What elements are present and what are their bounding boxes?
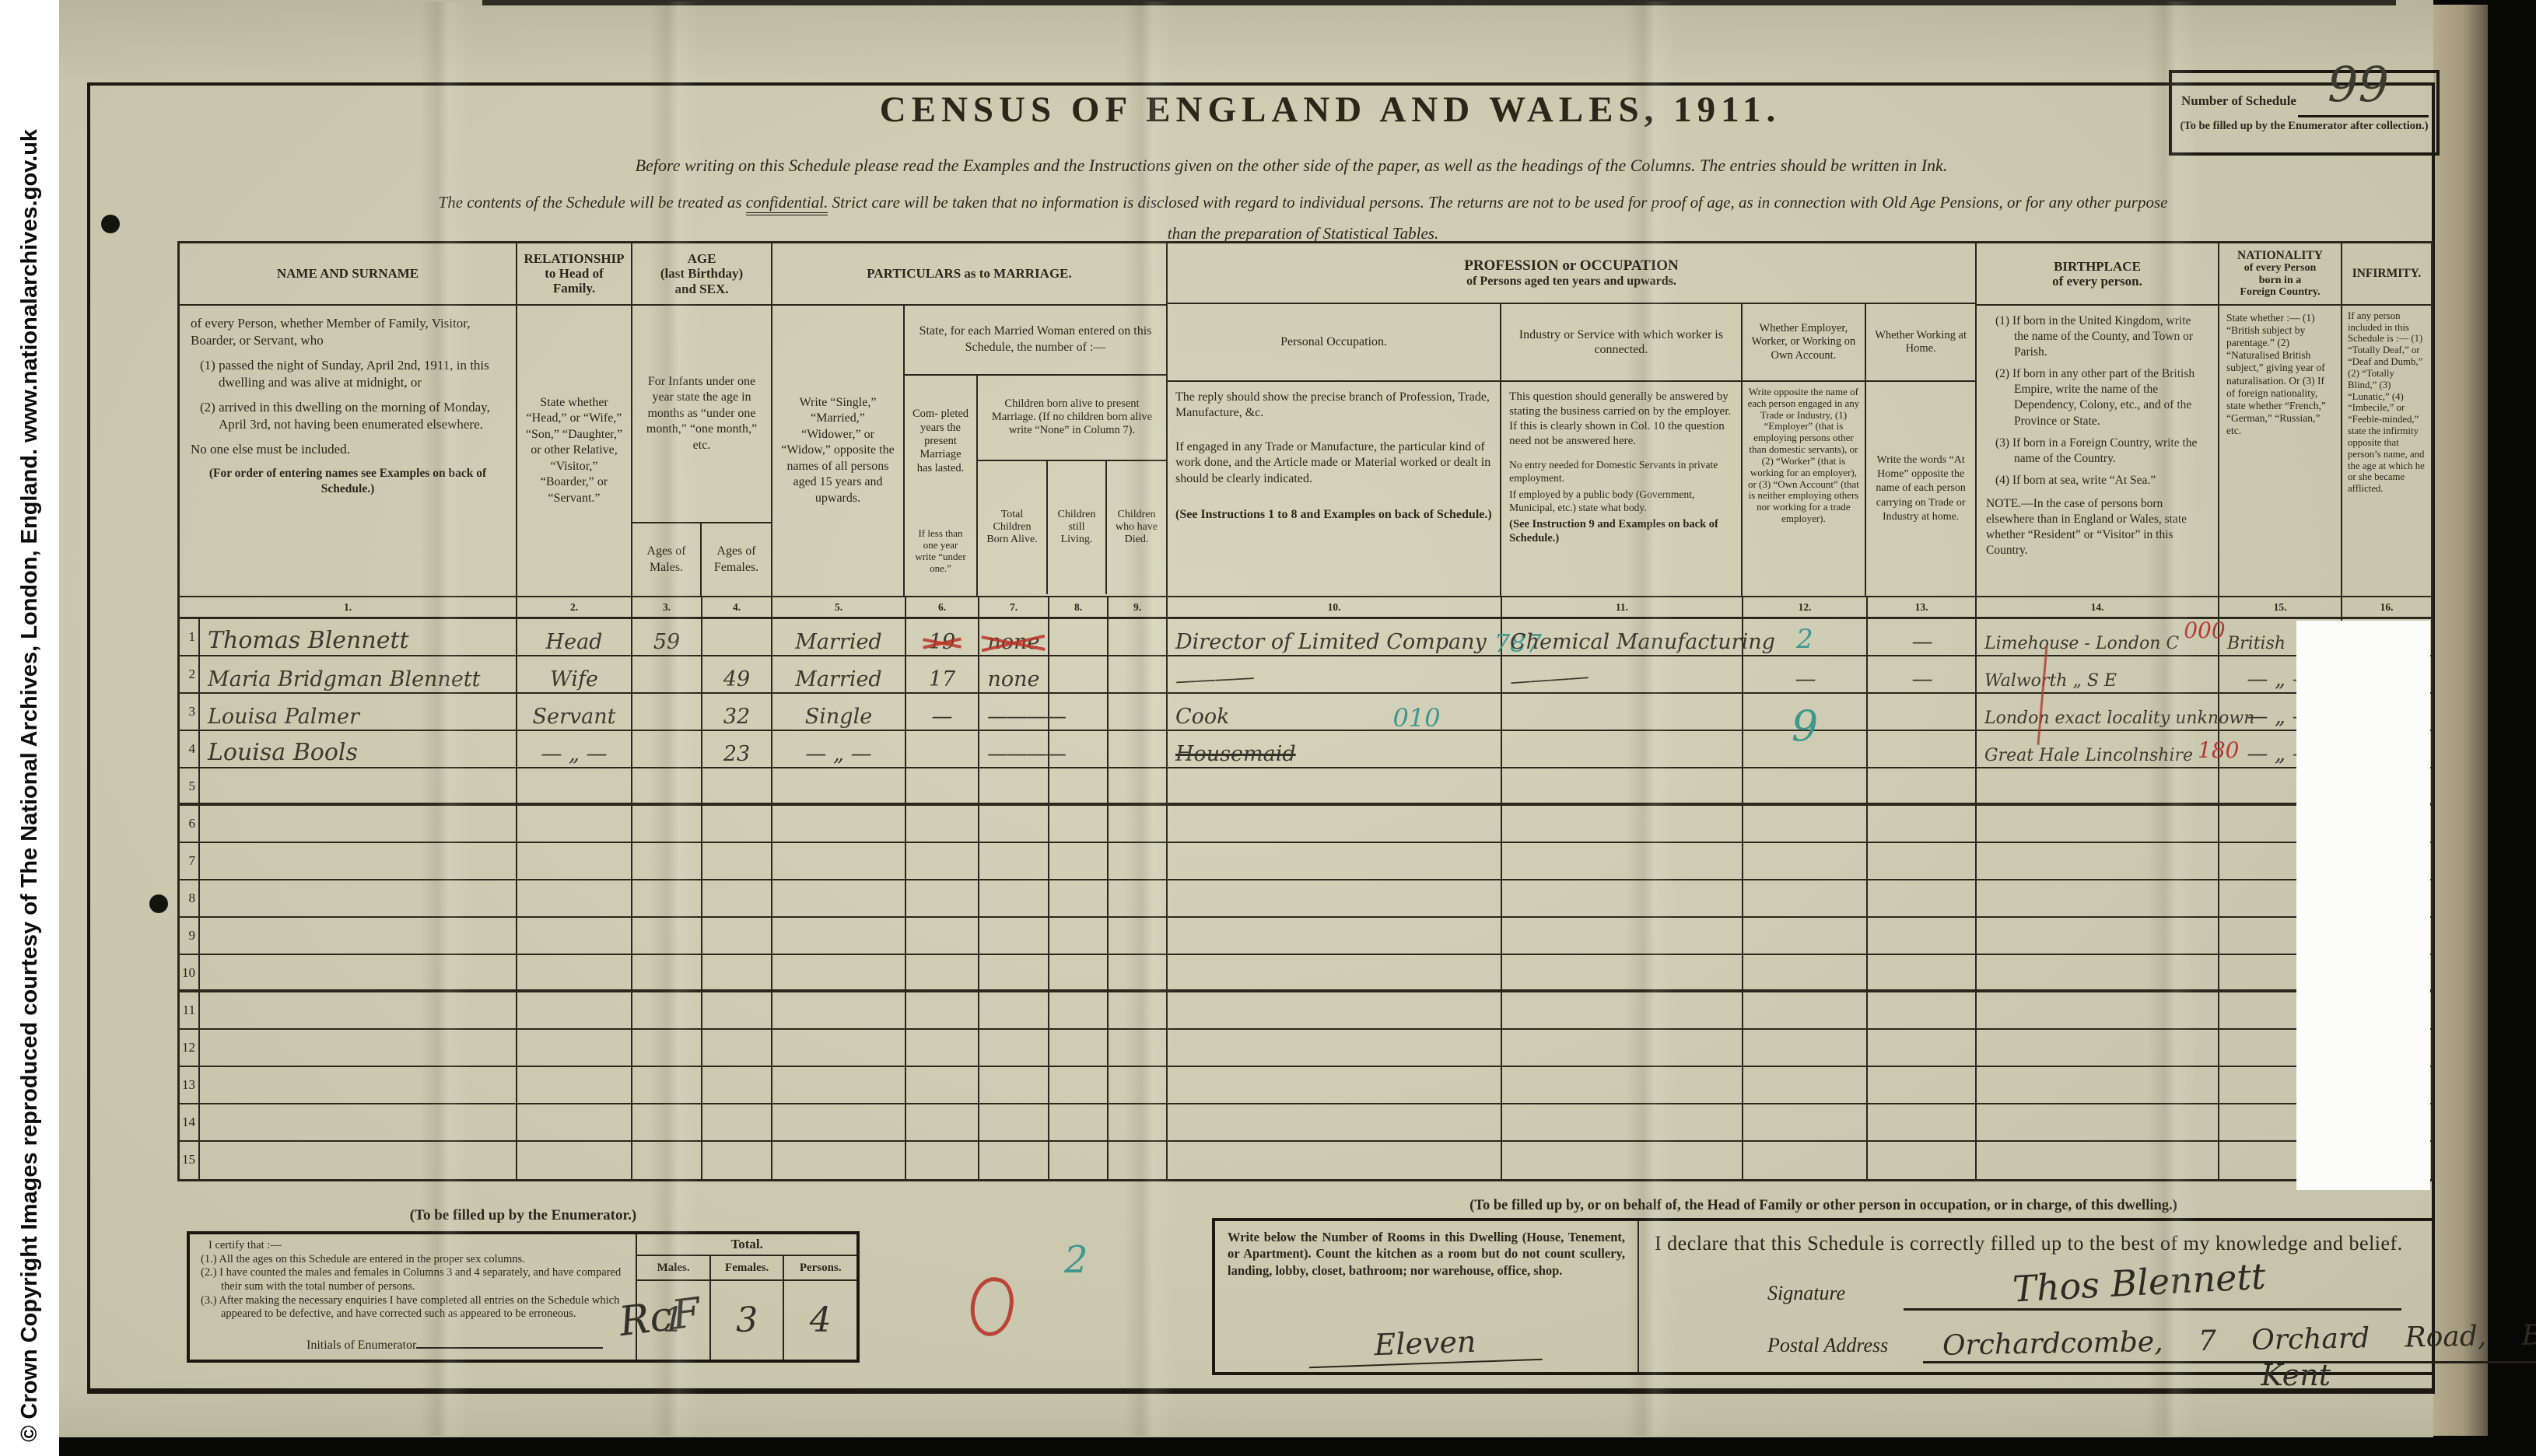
cell-employer: 2 <box>1743 619 1868 655</box>
rooms-count-handwriting: Eleven <box>1308 1320 1543 1368</box>
cell-birthplace: Walworth „ S E <box>1977 656 2219 692</box>
cell-age-female: 23 <box>702 731 772 767</box>
cell-employer: 9 <box>1743 694 1868 730</box>
signature-label: Signature <box>1767 1282 1845 1305</box>
cell-occupation: ———— <box>1168 656 1502 692</box>
industry-heading: Industry or Service with which worker is… <box>1501 304 1740 382</box>
table-row: 8 <box>180 880 2431 918</box>
col-relationship-header: RELATIONSHIPto Head ofFamily. State whet… <box>517 243 632 596</box>
married-woman-note: State, for each Married Woman entered on… <box>905 306 1166 376</box>
table-row: 1 Thomas Blennett Head 59 Married 19 non… <box>180 619 2431 656</box>
persons-total: 4 <box>784 1281 856 1360</box>
table-row: 13 <box>180 1067 2431 1104</box>
at-home-description: Write the words “At Home” opposite the n… <box>1866 382 1975 596</box>
postal-address-label: Postal Address <box>1767 1334 1888 1357</box>
age-description: For Infants under one year state the age… <box>632 306 771 523</box>
name-heading: NAME AND SURNAME <box>180 243 516 306</box>
cell-age-male <box>632 656 702 692</box>
cell-at-home <box>1868 694 1977 730</box>
column-numbers-row: 1. 2. 3. 4. 5. 6. 7. 8. 9. 10. 11. 12. 1… <box>180 597 2431 619</box>
census-scan-page: { "copyright": "© Crown Copyright Images… <box>0 0 2536 1456</box>
confidential-underlined: confidential. <box>746 193 828 215</box>
infirmity-heading: INFIRMITY. <box>2342 243 2431 306</box>
cell-employer: — <box>1743 656 1868 692</box>
cell-children-born: ———— <box>979 694 1049 730</box>
col-age-header: AGE(last Birthday)and SEX. For Infants u… <box>632 243 772 596</box>
confidentiality-notice: The contents of the Schedule will be tre… <box>156 193 2450 212</box>
cell-relationship: Wife <box>517 656 632 692</box>
table-body: 1 Thomas Blennett Head 59 Married 19 non… <box>180 619 2431 1179</box>
col-nationality-header: NATIONALITYof every Personborn in aForei… <box>2219 243 2342 596</box>
enumerator-certification: I certify that :— (1.) All the ages on t… <box>190 1234 637 1360</box>
table-row: 6 <box>180 806 2431 843</box>
cell-children-living <box>1049 656 1109 692</box>
cell-children-living <box>1049 731 1109 767</box>
cell-name: Louisa Palmer <box>200 694 517 730</box>
cell-birthplace: London exact locality unknown <box>1977 694 2219 730</box>
cell-industry <box>1502 731 1743 767</box>
table-row: 15 <box>180 1142 2431 1179</box>
col-marriage-header: PARTICULARS as to MARRIAGE. Write “Singl… <box>772 243 1168 596</box>
children-born-note: Children born alive to present Marriage.… <box>978 376 1166 461</box>
cell-children-born: none <box>979 619 1049 655</box>
cell-children-living <box>1049 694 1109 730</box>
signature-line <box>1904 1308 2401 1311</box>
marriage-heading: PARTICULARS as to MARRIAGE. <box>772 243 1166 306</box>
employer-heading: Whether Employer, Worker, or Working on … <box>1743 304 1865 382</box>
blue-check-mark: 2 <box>1064 1238 1088 1282</box>
signature-handwriting: Thos Blennett <box>2012 1255 2267 1311</box>
confidentiality-pre: The contents of the Schedule will be tre… <box>439 193 746 212</box>
cell-age-female: 49 <box>702 656 772 692</box>
page-title: CENSUS OF ENGLAND AND WALES, 1911. <box>739 89 1921 131</box>
cell-age-male: 59 <box>632 619 702 655</box>
cell-occupation: Director of Limited Company787 <box>1168 619 1502 655</box>
enumerator-box: I certify that :— (1.) All the ages on t… <box>187 1231 860 1363</box>
persons-header: Persons. <box>784 1256 856 1279</box>
cell-years-married: 17 <box>906 656 979 692</box>
under-one-note: If less than one year write “under one.” <box>905 508 976 596</box>
schedule-number-label: Number of Schedule <box>2181 93 2296 109</box>
cell-children-died <box>1109 731 1168 767</box>
cell-industry <box>1502 694 1743 730</box>
enumerator-initials-handwriting: RcF <box>617 1288 703 1347</box>
table-row: 9 <box>180 918 2431 955</box>
table-row: 5 <box>180 768 2431 806</box>
cell-children-living <box>1049 619 1109 655</box>
total-label: Total. <box>637 1234 856 1256</box>
cell-name: Thomas Blennett <box>200 619 517 655</box>
children-died-label: Children who have Died. <box>1107 461 1166 594</box>
table-row: 10 <box>180 955 2431 992</box>
cell-years-married <box>906 731 979 767</box>
marriage-write-description: Write “Single,” “Married,” “Widower,” or… <box>772 306 905 596</box>
declaration-statement: I declare that this Schedule is correctl… <box>1639 1221 2432 1372</box>
cell-at-home <box>1868 731 1977 767</box>
declaration-text: I declare that this Schedule is correctl… <box>1655 1232 2416 1255</box>
table-header: NAME AND SURNAME of every Person, whethe… <box>180 243 2431 597</box>
infirmity-description: If any person included in this Schedule … <box>2342 306 2431 596</box>
initials-label: Initials of Enumerator <box>306 1339 416 1352</box>
personal-occupation-description: The reply should show the precise branch… <box>1168 382 1500 596</box>
punch-hole <box>149 894 168 913</box>
confidentiality-post: Strict care will be taken that no inform… <box>828 193 2167 212</box>
enumerator-section-title: (To be filled up by the Enumerator.) <box>187 1207 860 1224</box>
table-row: 12 <box>180 1030 2431 1067</box>
postal-county-handwriting: Kent <box>2261 1358 2331 1392</box>
paper-edge <box>2433 5 2488 1436</box>
col-name-header: NAME AND SURNAME of every Person, whethe… <box>180 243 517 596</box>
cell-age-male <box>632 731 702 767</box>
table-row: 11 <box>180 992 2431 1030</box>
at-home-heading: Whether Working at Home. <box>1866 304 1975 382</box>
name-description: of every Person, whether Member of Famil… <box>180 306 516 596</box>
table-row: 4 Louisa Bools — „ — 23 — „ — ———— House… <box>180 731 2431 768</box>
completed-years-label: Com- pleted years the present Marriage h… <box>905 376 976 508</box>
cell-children-died <box>1109 694 1168 730</box>
children-born-label: Total Children Born Alive. <box>978 461 1048 594</box>
declaration-box: Write below the Number of Rooms in this … <box>1212 1218 2435 1375</box>
table-row: 3 Louisa Palmer Servant 32 Single — ————… <box>180 694 2431 731</box>
schedule-number-note: (To be filled up by the Enumerator after… <box>2172 120 2436 133</box>
industry-description: This question should generally be answer… <box>1501 382 1740 596</box>
cell-employer <box>1743 731 1868 767</box>
cell-relationship: — „ — <box>517 731 632 767</box>
relationship-description: State whether “Head,” or “Wife,” “Son,” … <box>517 306 631 596</box>
table-row: 2 Maria Bridgman Blennett Wife 49 Marrie… <box>180 656 2431 694</box>
employer-description: Write opposite the name of each person e… <box>1743 382 1865 596</box>
cell-marital: Single <box>772 694 906 730</box>
cell-name: Maria Bridgman Blennett <box>200 656 517 692</box>
ages-females-label: Ages of Females. <box>702 523 771 596</box>
cell-children-died <box>1109 656 1168 692</box>
cell-industry: Chemical Manufacturing <box>1502 619 1743 655</box>
cell-at-home: — <box>1868 656 1977 692</box>
nationality-description: State whether :— (1) “British subject by… <box>2219 306 2341 596</box>
cell-marital: Married <box>772 619 906 655</box>
females-header: Females. <box>711 1256 785 1279</box>
declaration-section-title: (To be filled up by, or on behalf of, th… <box>1212 1198 2435 1214</box>
cell-marital: Married <box>772 656 906 692</box>
cell-age-female <box>702 619 772 655</box>
redaction-patch <box>2296 621 2430 1190</box>
cell-birthplace: Limehouse - London C000 <box>1977 619 2219 655</box>
cell-children-born: none <box>979 656 1049 692</box>
cell-years-married: — <box>906 694 979 730</box>
intro-instruction: Before writing on this Schedule please r… <box>233 156 2349 176</box>
copyright-text: © Crown Copyright Images reproduced cour… <box>0 0 59 1456</box>
personal-occupation-heading: Personal Occupation. <box>1168 304 1500 382</box>
col-infirmity-header: INFIRMITY. If any person included in thi… <box>2342 243 2431 596</box>
females-total: 3 <box>711 1281 785 1360</box>
scan-top-edge <box>482 0 2396 5</box>
cell-industry: ———— <box>1502 656 1743 692</box>
rooms-instruction: Write below the Number of Rooms in this … <box>1215 1221 1639 1372</box>
census-table: NAME AND SURNAME of every Person, whethe… <box>177 241 2433 1181</box>
table-row: 14 <box>180 1104 2431 1142</box>
schedule-number-value: 99 <box>2328 61 2389 109</box>
cell-relationship: Head <box>517 619 632 655</box>
cell-occupation: Housemaid <box>1168 731 1502 767</box>
cell-age-female: 32 <box>702 694 772 730</box>
cell-birthplace: Great Hale Lincolnshire180 <box>1977 731 2219 767</box>
table-row: 7 <box>180 843 2431 880</box>
cell-occupation: Cook010 <box>1168 694 1502 730</box>
cell-children-born: ———— <box>979 731 1049 767</box>
children-living-label: Children still Living. <box>1048 461 1107 594</box>
cell-marital: — „ — <box>772 731 906 767</box>
cell-name: Louisa Bools <box>200 731 517 767</box>
copyright-strip: © Crown Copyright Images reproduced cour… <box>0 0 59 1456</box>
birthplace-description: (1) If born in the United Kingdom, write… <box>1977 306 2218 596</box>
cell-age-male <box>632 694 702 730</box>
postal-address-line <box>1923 1361 2536 1363</box>
ages-males-label: Ages of Males. <box>632 523 702 596</box>
cell-at-home: — <box>1868 619 1977 655</box>
males-header: Males. <box>637 1256 711 1279</box>
punch-hole <box>101 215 120 233</box>
col-profession-header: PROFESSION or OCCUPATIONof Persons aged … <box>1168 243 1977 596</box>
col-birthplace-header: BIRTHPLACEof every person. (1) If born i… <box>1977 243 2219 596</box>
cell-relationship: Servant <box>517 694 632 730</box>
cell-years-married: 19 <box>906 619 979 655</box>
schedule-number-box: Number of Schedule 99 (To be filled up b… <box>2169 70 2440 156</box>
cell-children-died <box>1109 619 1168 655</box>
schedule-number-line <box>2298 115 2429 117</box>
